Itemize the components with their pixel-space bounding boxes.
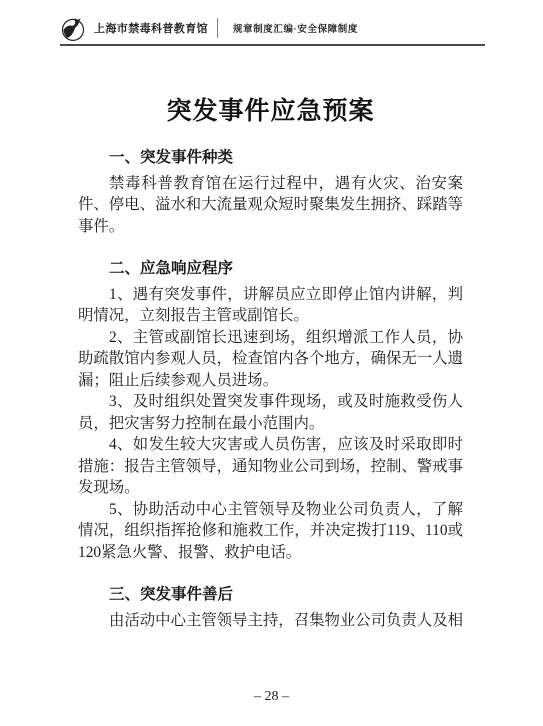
paragraph: 2、主管或副馆长迅速到场，组织增派工作人员，协助疏散馆内参观人员，检查馆内各个地… [78,327,463,392]
paragraph: 3、及时组织处置突发事件现场，或及时施救受伤人员，把灾害努力控制在最小范围内。 [78,391,463,434]
section-2-heading: 二、应急响应程序 [78,258,463,280]
paragraph: 4、如发生较大灾害或人员伤害，应该及时采取即时措施：报告主管领导，通知物业公司到… [78,434,463,499]
paragraph: 禁毒科普教育馆在运行过程中，遇有火灾、治安案件、停电、溢水和大流量观众短时聚集发… [78,173,463,238]
section-2: 二、应急响应程序 1、遇有突发事件，讲解员应立即停止馆内讲解，判明情况，立刻报告… [78,258,463,563]
section-1-heading: 一、突发事件种类 [78,147,463,169]
document-page: 上海市禁毒科普教育馆 规章制度汇编·安全保障制度 突发事件应急预案 一、突发事件… [0,0,543,726]
paragraph: 5、协助活动中心主管领导及物业公司负责人，了解情况，组织指挥抢修和施救工作，并决… [78,499,463,564]
paragraph: 1、遇有突发事件，讲解员应立即停止馆内讲解，判明情况，立刻报告主管或副馆长。 [78,284,463,327]
section-1: 一、突发事件种类 禁毒科普教育馆在运行过程中，遇有火灾、治安案件、停电、溢水和大… [78,147,463,237]
section-3: 三、突发事件善后 由活动中心主管领导主持，召集物业公司负责人及相 [78,584,463,631]
section-3-heading: 三、突发事件善后 [78,584,463,606]
museum-brand-text: 上海市禁毒科普教育馆 [94,20,208,36]
header-divider [217,18,218,38]
page-number: – 28 – [0,689,543,705]
document-title: 突发事件应急预案 [78,97,463,126]
header-tagline: 规章制度汇编·安全保障制度 [233,21,358,35]
document-body: 突发事件应急预案 一、突发事件种类 禁毒科普教育馆在运行过程中，遇有火灾、治安案… [0,48,543,631]
paragraph: 由活动中心主管领导主持，召集物业公司负责人及相 [78,610,463,632]
page-header: 上海市禁毒科普教育馆 规章制度汇编·安全保障制度 [60,0,485,46]
dove-logo-icon [60,14,86,42]
